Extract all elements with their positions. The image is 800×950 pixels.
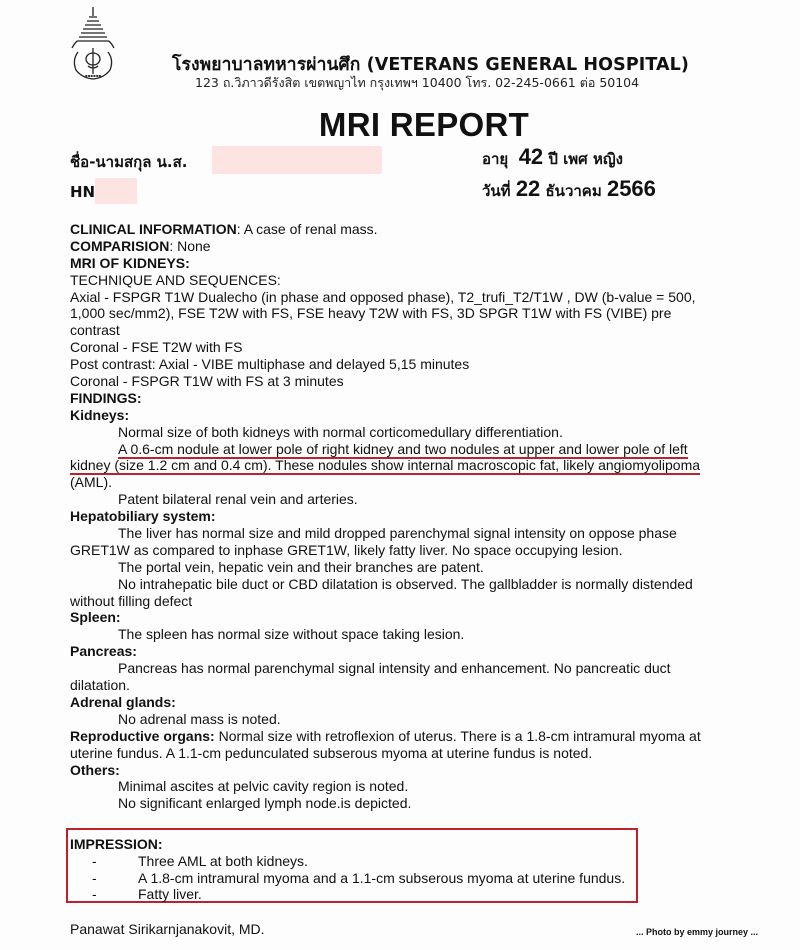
pancreas-line: dilatation. xyxy=(70,677,770,694)
report-title: MRI REPORT xyxy=(0,106,800,144)
date-day: 22 xyxy=(516,176,540,201)
technique-line: contrast xyxy=(70,322,770,339)
highlighted-finding: kidney (size 1.2 cm and 0.4 cm). These n… xyxy=(70,457,700,475)
age-unit: ปี xyxy=(548,150,558,168)
impression-item: -A 1.8-cm intramural myoma and a 1.1-cm … xyxy=(70,870,636,887)
others-heading: Others: xyxy=(70,762,770,779)
svg-text:▪▪▪▪▪▪: ▪▪▪▪▪▪ xyxy=(85,73,102,78)
date-row: วันที่ 22 ธันวาคม 2566 xyxy=(482,176,656,203)
findings-heading: FINDINGS: xyxy=(70,390,770,407)
spleen-line: The spleen has normal size without space… xyxy=(70,626,770,643)
patient-name-label: ชื่อ-นามสกุล น.ส. xyxy=(70,150,187,174)
technique-line: Coronal - FSPGR T1W with FS at 3 minutes xyxy=(70,373,770,390)
hepatobiliary-heading: Hepatobiliary system: xyxy=(70,508,770,525)
adrenal-heading: Adrenal glands: xyxy=(70,694,770,711)
pancreas-line: Pancreas has normal parenchymal signal i… xyxy=(70,660,770,677)
technique-line: Post contrast: Axial - VIBE multiphase a… xyxy=(70,356,770,373)
radiologist-signature: Panawat Sirikarnjanakovit, MD. xyxy=(70,921,265,937)
patient-name-redaction xyxy=(212,146,382,174)
kidneys-line: Patent bilateral renal vein and arteries… xyxy=(70,491,770,508)
technique-line: 1,000 sec/mm2), FSE T2W with FS, FSE hea… xyxy=(70,305,770,322)
hepatobiliary-line: without filling defect xyxy=(70,593,770,610)
kidneys-heading: Kidneys: xyxy=(70,407,770,424)
technique-line: Axial - FSPGR T1W Dualecho (in phase and… xyxy=(70,289,770,306)
date-label: วันที่ xyxy=(482,182,511,200)
age-sex-row: อายุ 42 ปี เพศ หญิง xyxy=(482,144,623,171)
hepatobiliary-line: The liver has normal size and mild dropp… xyxy=(70,525,770,542)
reproductive-line: Reproductive organs: Normal size with re… xyxy=(70,728,770,745)
hepatobiliary-line: GRET1W as compared to inphase GRET1W, li… xyxy=(70,542,770,559)
impression-item: -Three AML at both kidneys. xyxy=(70,853,636,870)
hospital-emblem-icon: ▪▪▪▪▪▪ xyxy=(64,4,122,84)
others-line: Minimal ascites at pelvic cavity region … xyxy=(70,778,770,795)
exam-heading: MRI OF KIDNEYS: xyxy=(70,255,770,272)
age-value: 42 xyxy=(519,144,543,169)
technique-line: Coronal - FSE T2W with FS xyxy=(70,339,770,356)
sex-label: เพศ xyxy=(563,150,588,168)
kidneys-highlight-line: kidney (size 1.2 cm and 0.4 cm). These n… xyxy=(70,457,770,474)
adrenal-line: No adrenal mass is noted. xyxy=(70,711,770,728)
hn-label: HN xyxy=(70,183,95,201)
impression-item: -Fatty liver. xyxy=(70,886,636,903)
reproductive-heading: Reproductive organs: xyxy=(70,728,215,744)
hepatobiliary-line: The portal vein, hepatic vein and their … xyxy=(70,559,770,576)
impression-heading: IMPRESSION: xyxy=(70,836,636,853)
technique-heading: TECHNIQUE AND SEQUENCES: xyxy=(70,272,770,289)
report-body: CLINICAL INFORMATION: A case of renal ma… xyxy=(70,221,770,812)
spleen-heading: Spleen: xyxy=(70,609,770,626)
date-month: ธันวาคม xyxy=(546,182,602,200)
comparison: COMPARISION: None xyxy=(70,238,770,255)
kidneys-line: Normal size of both kidneys with normal … xyxy=(70,424,770,441)
clinical-information: CLINICAL INFORMATION: A case of renal ma… xyxy=(70,221,770,238)
reproductive-line: uterine fundus. A 1.1-cm pedunculated su… xyxy=(70,745,770,762)
date-year: 2566 xyxy=(607,176,656,201)
sex-value: หญิง xyxy=(593,150,623,168)
highlighted-finding: A 0.6-cm nodule at lower pole of right k… xyxy=(118,441,688,459)
impression-box: IMPRESSION: -Three AML at both kidneys. … xyxy=(66,828,638,903)
hepatobiliary-line: No intrahepatic bile duct or CBD dilatat… xyxy=(70,576,770,593)
hospital-address: 123 ถ.วิภาวดีรังสิต เขตพญาไท กรุงเทพฯ 10… xyxy=(195,73,639,93)
age-label: อายุ xyxy=(482,150,508,168)
hn-redaction xyxy=(95,178,137,204)
photo-credit: ... Photo by emmy journey ... xyxy=(636,927,758,937)
pancreas-heading: Pancreas: xyxy=(70,643,770,660)
others-line: No significant enlarged lymph node.is de… xyxy=(70,795,770,812)
kidneys-highlight-line: A 0.6-cm nodule at lower pole of right k… xyxy=(70,441,770,458)
kidneys-line: (AML). xyxy=(70,474,770,491)
